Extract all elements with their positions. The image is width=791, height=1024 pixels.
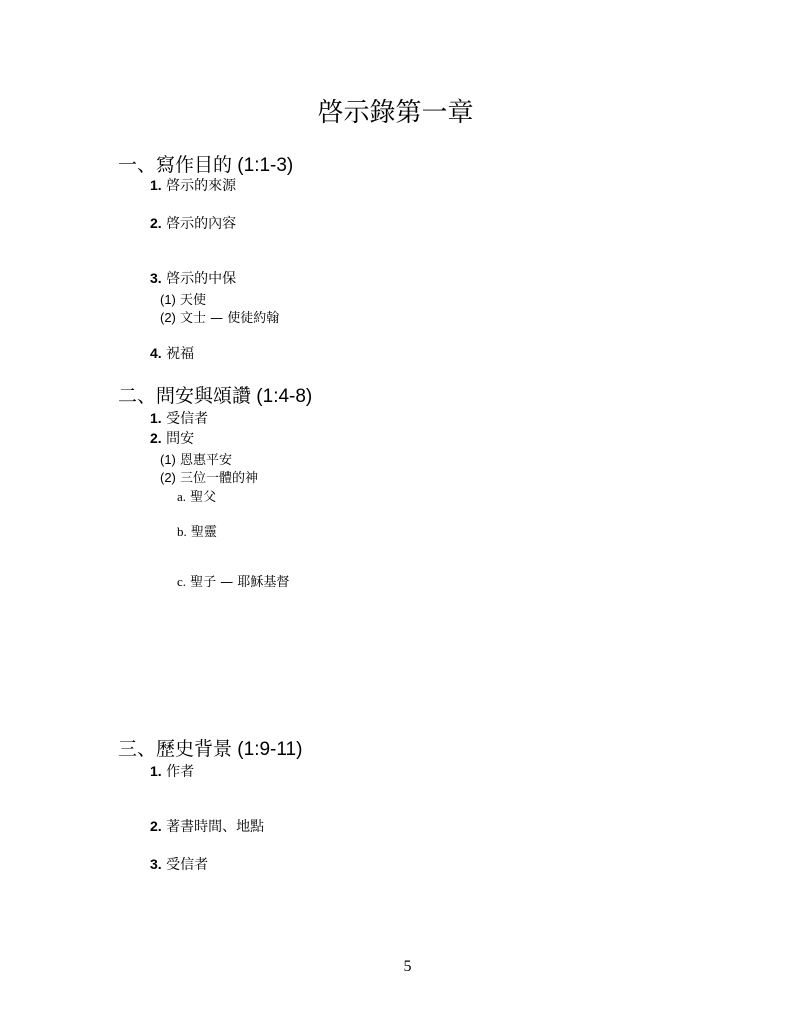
outline-subitem: (1) 恩惠平安 <box>160 449 232 468</box>
item-text: 啓示的中保 <box>162 271 236 287</box>
outline-item: 2. 問安 <box>150 428 194 448</box>
subsubitem-letter: b. <box>177 524 187 539</box>
section-heading-text: 一、寫作目的 <box>118 154 232 176</box>
page-number: 5 <box>0 958 791 976</box>
item-number: 1. <box>150 410 162 426</box>
outline-item: 3. 啓示的中保 <box>150 268 236 288</box>
outline-item: 3. 受信者 <box>150 854 208 874</box>
outline-item: 4. 祝福 <box>150 343 194 363</box>
outline-subsubitem: c. 聖子 — 耶穌基督 <box>177 571 289 590</box>
outline-item: 2. 啓示的內容 <box>150 213 236 233</box>
outline-subitem: (2) 三位一體的神 <box>160 467 258 486</box>
subitem-number: (2) <box>160 470 176 485</box>
scripture-reference: (1:1-3) <box>232 155 293 176</box>
item-number: 3. <box>150 856 162 872</box>
subsubitem-letter: c. <box>177 574 186 589</box>
subsubitem-text: 聖靈 <box>187 525 217 540</box>
section-heading-3: 三、歷史背景 (1:9-11) <box>118 734 302 761</box>
section-heading-1: 一、寫作目的 (1:1-3) <box>118 150 293 177</box>
item-number: 3. <box>150 270 162 286</box>
item-text: 受信者 <box>162 857 208 873</box>
outline-item: 1. 受信者 <box>150 408 208 428</box>
subitem-text: 天使 <box>176 293 206 308</box>
item-text: 啓示的內容 <box>162 216 236 232</box>
item-number: 2. <box>150 215 162 231</box>
subitem-text: 恩惠平安 <box>176 453 232 468</box>
item-number: 2. <box>150 818 162 834</box>
subitem-number: (1) <box>160 452 176 467</box>
scripture-reference: (1:9-11) <box>232 739 302 760</box>
subitem-number: (2) <box>160 310 176 325</box>
subsubitem-letter: a. <box>177 489 186 504</box>
item-text: 受信者 <box>162 411 208 427</box>
subitem-text: 三位一體的神 <box>176 471 258 486</box>
outline-subsubitem: b. 聖靈 <box>177 521 217 540</box>
section-heading-2: 二、問安與頌讚 (1:4-8) <box>118 381 312 408</box>
outline-subsubitem: a. 聖父 <box>177 486 216 505</box>
section-heading-text: 三、歷史背景 <box>118 738 232 760</box>
item-number: 4. <box>150 345 162 361</box>
subsubitem-text: 聖子 — 耶穌基督 <box>186 575 289 590</box>
page-title: 啓示錄第一章 <box>0 92 791 129</box>
item-number: 1. <box>150 763 162 779</box>
item-text: 作者 <box>162 764 194 780</box>
subsubitem-text: 聖父 <box>186 490 216 505</box>
outline-item: 1. 啓示的來源 <box>150 175 236 195</box>
outline-item: 1. 作者 <box>150 761 194 781</box>
item-text: 祝福 <box>162 346 194 362</box>
section-heading-text: 二、問安與頌讚 <box>118 385 251 407</box>
outline-subitem: (1) 天使 <box>160 289 206 308</box>
outline-subitem: (2) 文士 — 使徒約翰 <box>160 307 279 326</box>
subitem-text: 文士 — 使徒約翰 <box>176 311 279 326</box>
scripture-reference: (1:4-8) <box>251 386 312 407</box>
outline-item: 2. 著書時間、地點 <box>150 816 264 836</box>
item-text: 著書時間、地點 <box>162 819 264 835</box>
item-number: 2. <box>150 430 162 446</box>
item-text: 啓示的來源 <box>162 178 236 194</box>
subitem-number: (1) <box>160 292 176 307</box>
item-text: 問安 <box>162 431 194 447</box>
item-number: 1. <box>150 177 162 193</box>
